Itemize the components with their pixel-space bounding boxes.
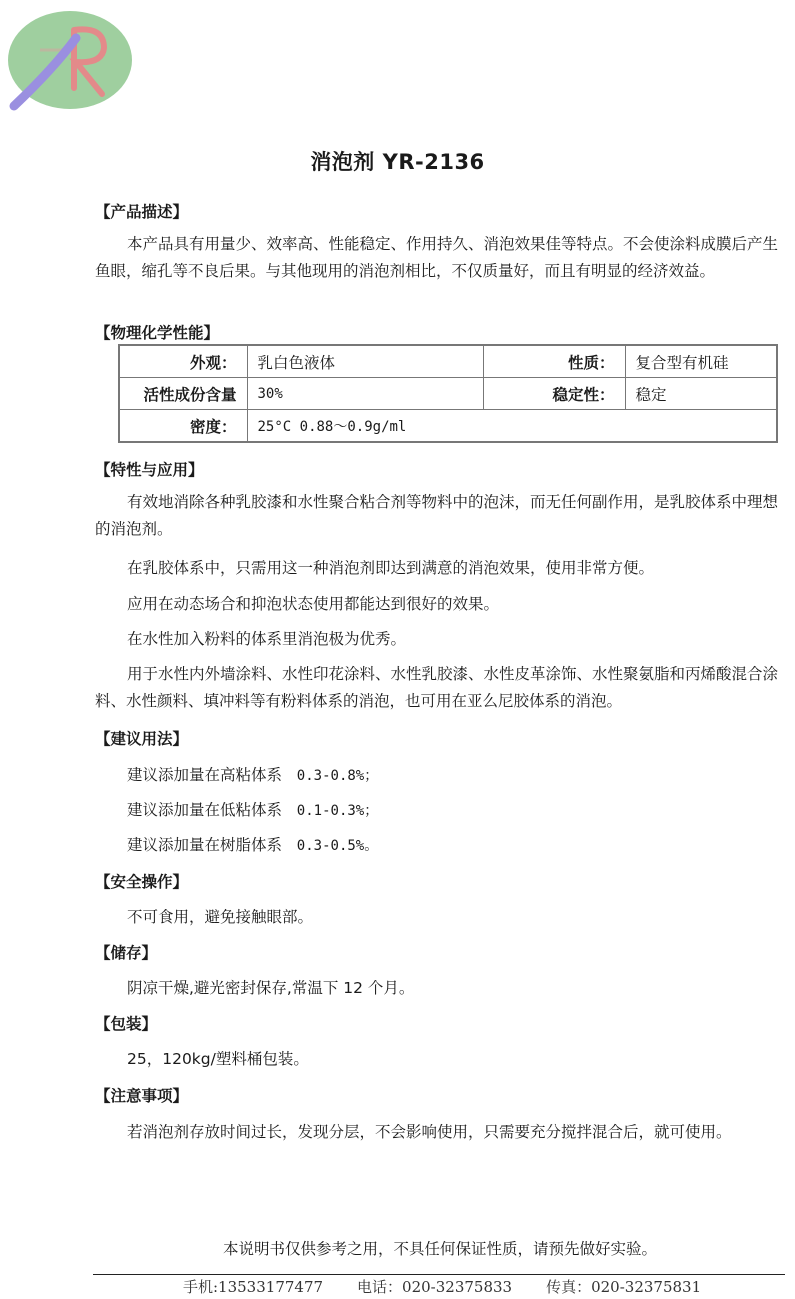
description-text: 本产品具有用量少、效率高、性能稳定、作用持久、消泡效果佳等特点。不会使涂料成膜后… [95, 231, 785, 285]
nature-value: 复合型有机硅 [625, 345, 777, 378]
document-title: 消泡剂 YR-2136 [0, 146, 795, 176]
usage-item-value: 0.3-0.8%； [297, 768, 378, 784]
fax-number: 传真：020-32375831 [546, 1278, 701, 1296]
section-heading-description: 【产品描述】 [95, 200, 188, 222]
table-row: 外观： 乳白色液体 性质： 复合型有机硅 [119, 345, 777, 378]
usage-item: 建议添加量在高粘体系 0.3-0.8%； [127, 763, 378, 785]
active-content-value: 30% [247, 378, 483, 410]
usage-item-text: 建议添加量在低粘体系 [127, 801, 282, 819]
contact-info: 手机:13533177477电话：020-32375833传真：020-3237… [183, 1276, 735, 1297]
section-heading-features: 【特性与应用】 [95, 458, 204, 480]
features-paragraph: 应用在动态场合和抑泡状态使用都能达到很好的效果。 [95, 591, 785, 618]
section-heading-packaging: 【包装】 [95, 1012, 157, 1034]
section-heading-safety: 【安全操作】 [95, 870, 188, 892]
footer-divider [93, 1274, 785, 1275]
notes-text: 若消泡剂存放时间过长，发现分层，不会影响使用，只需要充分搅拌混合后，就可使用。 [127, 1120, 732, 1142]
mobile-number: 手机:13533177477 [183, 1278, 323, 1296]
stability-value: 稳定 [625, 378, 777, 410]
features-paragraph: 有效地消除各种乳胶漆和水性聚合粘合剂等物料中的泡沫，而无任何副作用，是乳胶体系中… [95, 489, 785, 543]
usage-item-text: 建议添加量在高粘体系 [127, 766, 282, 784]
density-label: 密度： [119, 410, 247, 443]
features-paragraph: 在水性加入粉料的体系里消泡极为优秀。 [95, 626, 785, 653]
safety-text: 不可食用，避免接触眼部。 [127, 905, 313, 927]
table-row: 密度： 25°C 0.88～0.9g/ml [119, 410, 777, 443]
usage-item-text: 建议添加量在树脂体系 [127, 836, 282, 854]
active-content-label: 活性成份含量 [119, 378, 247, 410]
phone-number: 电话：020-32375833 [357, 1278, 512, 1296]
usage-item-value: 0.1-0.3%； [297, 803, 378, 819]
usage-item: 建议添加量在低粘体系 0.1-0.3%； [127, 798, 378, 820]
section-heading-notes: 【注意事项】 [95, 1084, 188, 1106]
usage-item: 建议添加量在树脂体系 0.3-0.5%。 [127, 833, 378, 855]
packaging-text: 25，120kg/塑料桶包装。 [127, 1047, 309, 1069]
nature-label: 性质： [483, 345, 625, 378]
appearance-value: 乳白色液体 [247, 345, 483, 378]
density-value: 25°C 0.88～0.9g/ml [247, 410, 777, 443]
usage-item-value: 0.3-0.5%。 [297, 838, 378, 854]
section-heading-usage: 【建议用法】 [95, 727, 188, 749]
table-row: 活性成份含量 30% 稳定性： 稳定 [119, 378, 777, 410]
section-heading-properties: 【物理化学性能】 [95, 321, 219, 343]
features-paragraph: 在乳胶体系中，只需用这一种消泡剂即达到满意的消泡效果，使用非常方便。 [95, 555, 785, 582]
storage-text: 阴凉干燥,避光密封保存,常温下 12 个月。 [127, 976, 414, 998]
company-logo [4, 8, 132, 111]
stability-label: 稳定性： [483, 378, 625, 410]
features-paragraph: 用于水性内外墙涂料、水性印花涂料、水性乳胶漆、水性皮革涂饰、水性聚氨脂和丙烯酸混… [95, 661, 785, 715]
properties-table: 外观： 乳白色液体 性质： 复合型有机硅 活性成份含量 30% 稳定性： 稳定 … [118, 344, 778, 443]
disclaimer: 本说明书仅供参考之用，不具任何保证性质，请预先做好实验。 [0, 1237, 795, 1259]
section-heading-storage: 【储存】 [95, 941, 157, 963]
appearance-label: 外观： [119, 345, 247, 378]
